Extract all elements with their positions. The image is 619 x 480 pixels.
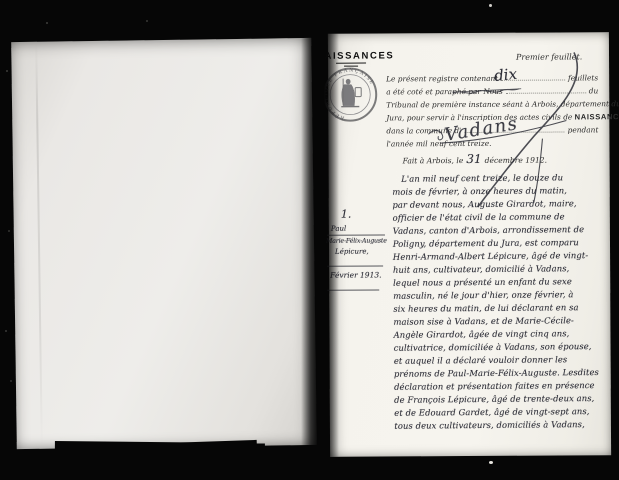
margin-act-date: Février 1913. [330, 270, 381, 279]
preamble-text: Fait à Arbois, le [403, 156, 464, 165]
margin-rule [327, 289, 379, 290]
preamble-line-6: l'année mil neuf cent treize. [386, 136, 598, 150]
preamble-text: pendant [568, 123, 599, 136]
margin-rule [327, 265, 383, 266]
act-line: cultivatrice, domiciliée à Vadans, son é… [394, 340, 608, 355]
handwritten-day-31: 31 [466, 152, 481, 166]
republique-francaise-stamp: RÉPUBLIQUE FRANÇAISE [319, 63, 381, 125]
act-line: Henri-Armand-Albert Lépicure, âgé de vin… [393, 249, 607, 264]
preamble-line-2: a été coté et paraphé par Nous du [386, 84, 598, 98]
handwritten-dix: dix [493, 65, 517, 85]
act-line: par devant nous, Auguste Girardot, maire… [392, 197, 606, 212]
scan-white-speck-bottom [489, 461, 493, 464]
page-crease-line [35, 42, 43, 449]
preamble-bold-word: NAISSANCES [575, 110, 619, 123]
preamble-text: a été coté et paraphé par Nous [386, 85, 503, 99]
act-line: tous deux cultivateurs, domiciliés à Vad… [394, 418, 608, 433]
margin-child-forenames: Marie-Félix-Auguste [326, 237, 387, 244]
blank-dotted-line [506, 84, 586, 93]
fait-a-arbois-line: Fait à Arbois, le31décembre 1912. [403, 152, 548, 167]
preamble-text: Tribunal de première instance séant à Ar… [386, 97, 619, 111]
preamble-text: feuillets [568, 71, 598, 84]
act-number: 1. [341, 208, 352, 221]
act-line: six heures du matin, de lui déclarant en… [393, 301, 607, 316]
preamble-text: décembre 1912. [485, 156, 547, 165]
preamble-line-1: Le présent registre contenant feuillets [386, 71, 598, 85]
right-page-act: NAISSANCES Premier feuillet. RÉPUBLIQUE … [328, 32, 611, 456]
page-title: NAISSANCES [316, 50, 394, 61]
margin-crossed-name: Paul [331, 225, 346, 233]
handwritten-birth-act: L'an mil neuf cent treize, le douze du m… [392, 171, 608, 433]
printed-preamble: Le présent registre contenant feuillets … [386, 71, 598, 150]
margin-child-surname: Lépicure, [335, 248, 369, 256]
stamp-marianne-figure [341, 79, 361, 107]
scanned-register-spread: NAISSANCES Premier feuillet. RÉPUBLIQUE … [0, 0, 619, 480]
scan-white-speck-top [489, 4, 492, 7]
preamble-text: du [589, 84, 599, 97]
sheet-number-label: Premier feuillet. [516, 52, 582, 61]
preamble-text: Le présent registre contenant [386, 72, 498, 86]
scan-dust-specks [6, 70, 8, 72]
preamble-line-3: Tribunal de première instance séant à Ar… [386, 97, 598, 111]
margin-rule [327, 234, 385, 235]
left-page-blank [11, 38, 317, 449]
